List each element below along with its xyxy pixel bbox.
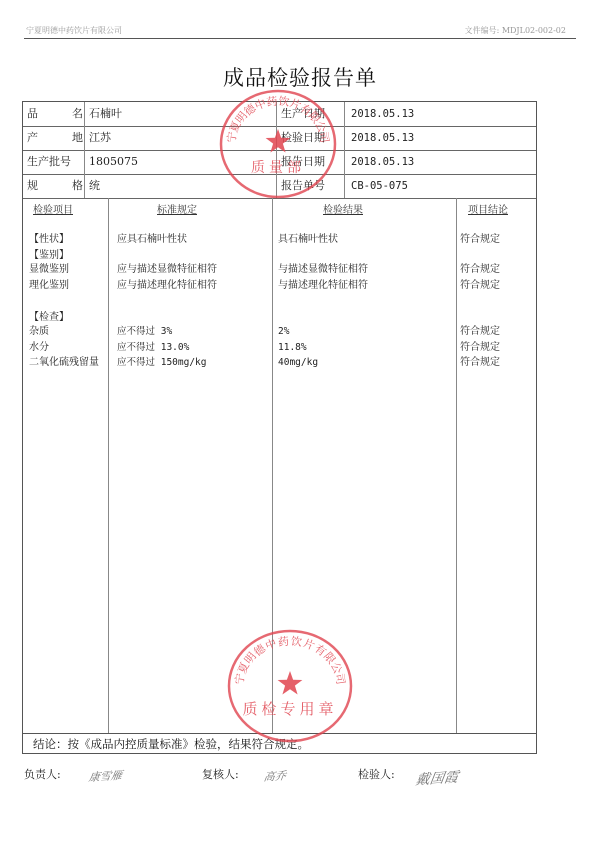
detail-conclusion: 符合规定 bbox=[460, 342, 500, 354]
responsible-signature: 康雪雁 bbox=[88, 767, 124, 785]
detail-conclusion: 符合规定 bbox=[460, 357, 500, 369]
detail-conclusion: 符合规定 bbox=[460, 280, 500, 292]
detail-item: 【检查】 bbox=[29, 312, 69, 324]
inspector-signature: 戴国霞 bbox=[414, 767, 459, 790]
info-label: 报告单号 bbox=[281, 174, 343, 198]
info-label: 品名 bbox=[27, 102, 83, 126]
detail-result: 11.8% bbox=[278, 342, 307, 354]
inspector-label: 检验人: bbox=[358, 766, 395, 782]
detail-item: 【性状】 bbox=[29, 234, 69, 246]
info-label: 检验日期 bbox=[281, 126, 343, 150]
detail-section: 检验项目 标准规定 检验结果 项目结论 【性状】应具石楠叶性状具石楠叶性状符合规… bbox=[23, 198, 536, 734]
detail-item: 显微鉴别 bbox=[29, 264, 69, 276]
detail-conclusion: 符合规定 bbox=[460, 234, 500, 246]
info-date-value: CB-05-075 bbox=[351, 174, 408, 198]
info-label: 生产批号 bbox=[27, 150, 83, 174]
detail-item: 理化鉴别 bbox=[29, 280, 69, 292]
detail-item: 水分 bbox=[29, 342, 49, 354]
company-name: 宁夏明德中药饮片有限公司 bbox=[26, 26, 122, 36]
document-number: 文件编号: MDJL02-002-02 bbox=[465, 26, 566, 36]
detail-conclusion: 符合规定 bbox=[460, 264, 500, 276]
detail-standard: 应不得过 13.0% bbox=[117, 342, 189, 354]
detail-standard: 应不得过 150mg/kg bbox=[117, 357, 206, 369]
detail-result: 与描述理化特征相符 bbox=[278, 280, 368, 292]
report-table: 品名石楠叶生产日期2018.05.13产地江苏检验日期2018.05.13生产批… bbox=[22, 101, 537, 754]
info-value: 石楠叶 bbox=[89, 102, 122, 126]
conclusion-text: 结论：按《成品内控质量标准》检验，结果符合规定。 bbox=[23, 734, 536, 754]
header-inspection-item: 检验项目 bbox=[33, 201, 73, 216]
info-label: 报告日期 bbox=[281, 150, 343, 174]
detail-result: 2% bbox=[278, 326, 289, 338]
detail-item: 二氧化硫残留量 bbox=[29, 357, 99, 369]
detail-result: 40mg/kg bbox=[278, 357, 318, 369]
reviewer-label: 复核人: bbox=[202, 766, 239, 782]
detail-conclusion: 符合规定 bbox=[460, 326, 500, 338]
detail-standard: 应与描述显微特征相符 bbox=[117, 264, 217, 276]
signature-block: 负责人: 康雪雁 复核人: 高乔 检验人: 戴国霞 bbox=[24, 762, 584, 802]
info-date-value: 2018.05.13 bbox=[351, 126, 414, 150]
responsible-label: 负责人: bbox=[24, 766, 61, 782]
info-value: 江苏 bbox=[89, 126, 111, 150]
info-date-value: 2018.05.13 bbox=[351, 102, 414, 126]
info-value: 统 bbox=[89, 174, 100, 198]
header-standard: 标准规定 bbox=[157, 201, 197, 216]
info-row: 规格统报告单号CB-05-075 bbox=[23, 174, 536, 199]
info-row: 品名石楠叶生产日期2018.05.13 bbox=[23, 102, 536, 127]
detail-result: 与描述显微特征相符 bbox=[278, 264, 368, 276]
detail-item: 杂质 bbox=[29, 326, 49, 338]
detail-item: 【鉴别】 bbox=[29, 250, 69, 262]
info-label: 规格 bbox=[27, 174, 83, 198]
detail-standard: 应不得过 3% bbox=[117, 326, 172, 338]
header-result: 检验结果 bbox=[323, 201, 363, 216]
info-label: 生产日期 bbox=[281, 102, 343, 126]
detail-standard: 应具石楠叶性状 bbox=[117, 234, 187, 246]
info-date-value: 2018.05.13 bbox=[351, 150, 414, 174]
header-conclusion: 项目结论 bbox=[468, 201, 508, 216]
info-row: 生产批号1805075报告日期2018.05.13 bbox=[23, 150, 536, 175]
detail-result: 具石楠叶性状 bbox=[278, 234, 338, 246]
info-label: 产地 bbox=[27, 126, 83, 150]
detail-standard: 应与描述理化特征相符 bbox=[117, 280, 217, 292]
info-row: 产地江苏检验日期2018.05.13 bbox=[23, 126, 536, 151]
info-value: 1805075 bbox=[89, 150, 138, 174]
running-header: 宁夏明德中药饮片有限公司 文件编号: MDJL02-002-02 bbox=[24, 26, 576, 39]
reviewer-signature: 高乔 bbox=[263, 767, 288, 784]
page-title: 成品检验报告单 bbox=[0, 62, 600, 92]
